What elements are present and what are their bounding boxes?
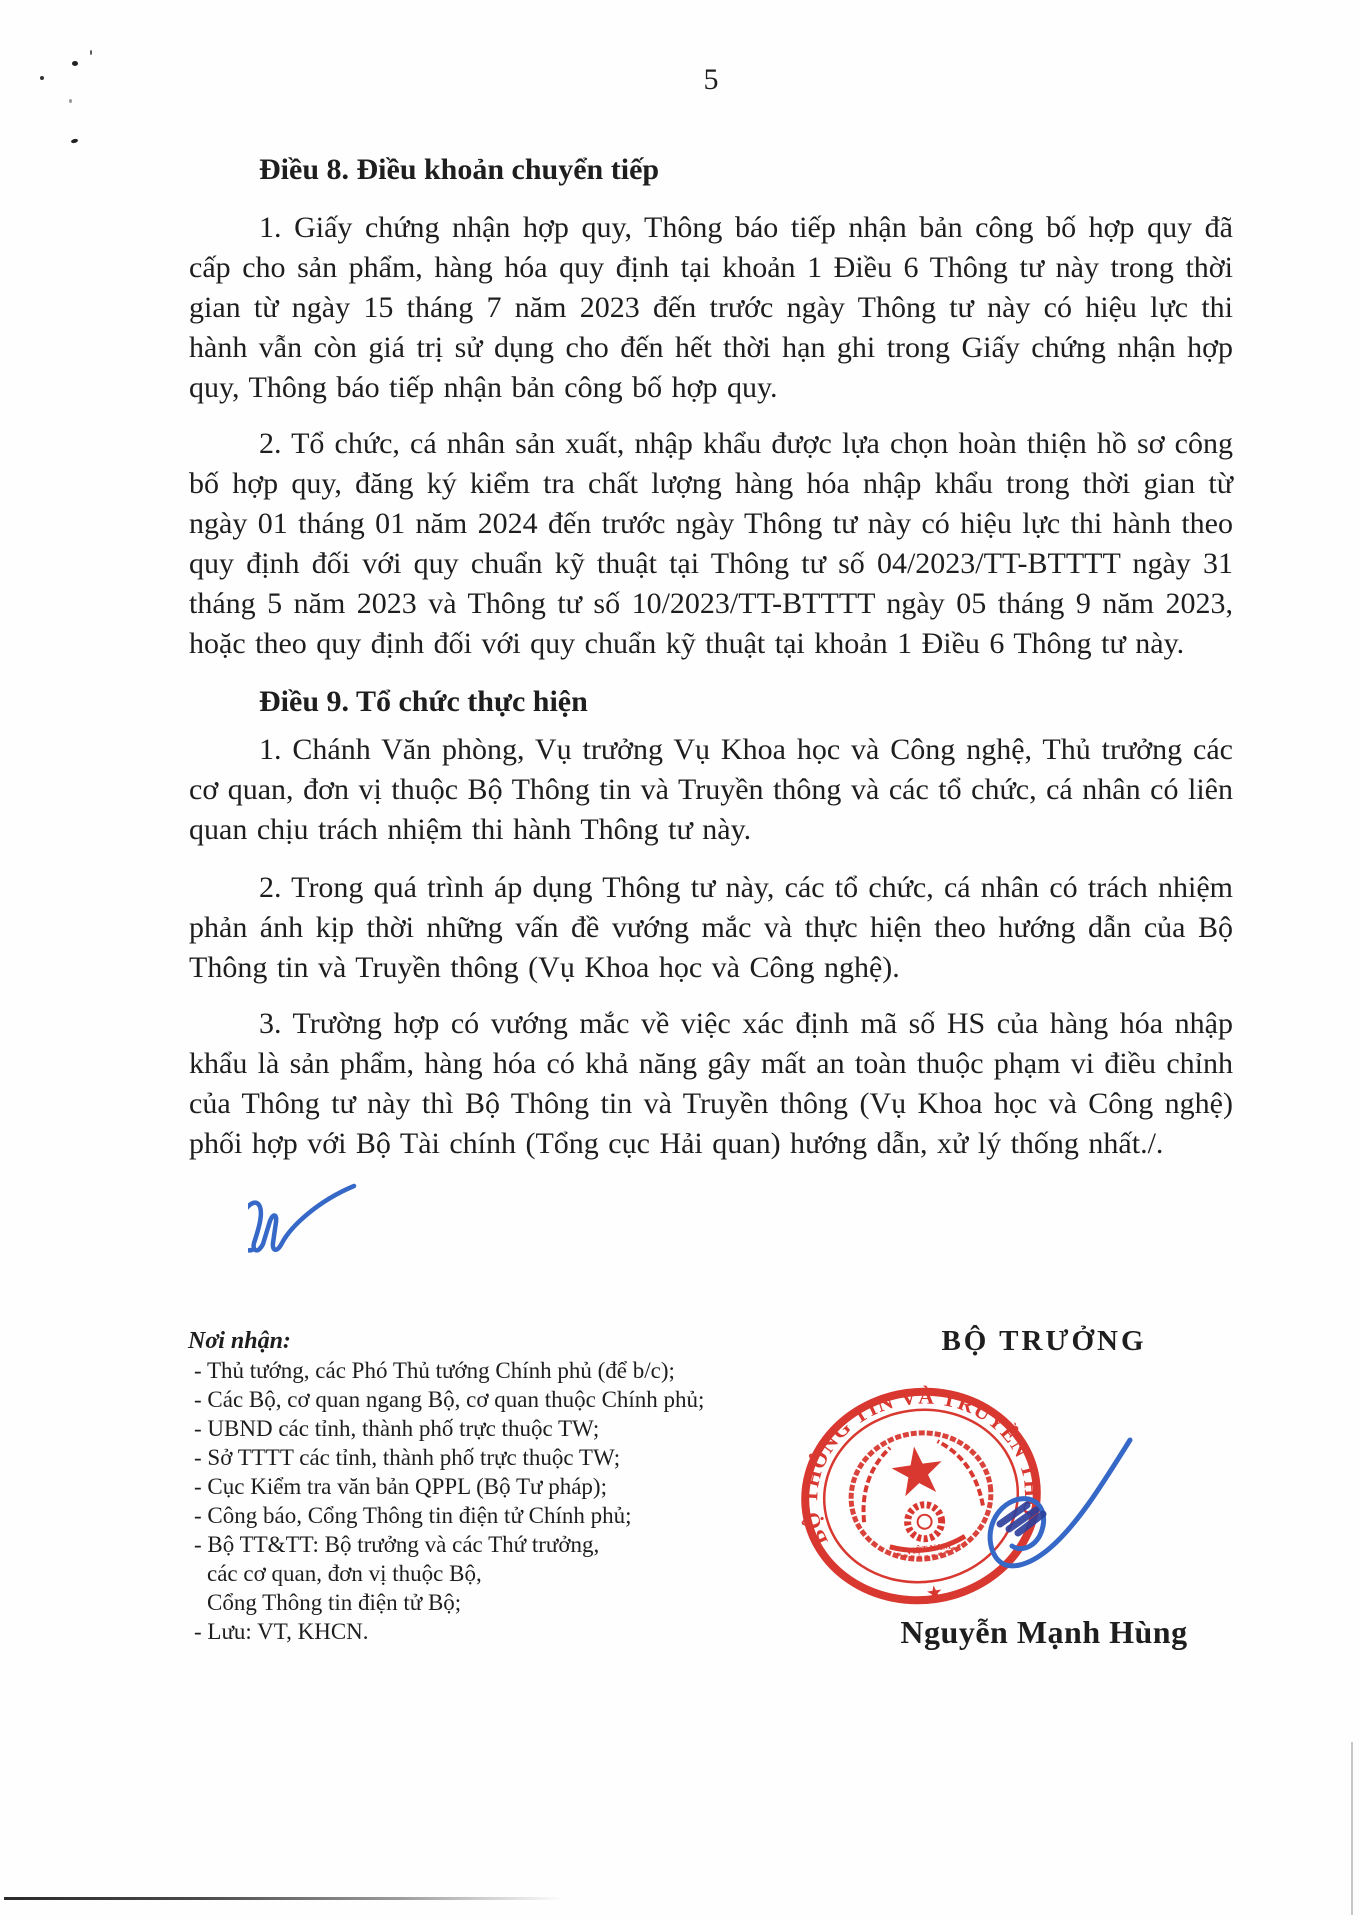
recipient-item: - UBND các tỉnh, thành phố trực thuộc TW…	[194, 1414, 828, 1443]
article-8-paragraph-1: 1. Giấy chứng nhận hợp quy, Thông báo ti…	[189, 208, 1233, 408]
seal-star	[889, 1443, 946, 1498]
article-9-paragraph-1: 1. Chánh Văn phòng, Vụ trưởng Vụ Khoa họ…	[189, 730, 1233, 850]
article-8-paragraph-2: 2. Tổ chức, cá nhân sản xuất, nhập khẩu …	[189, 424, 1233, 664]
recipient-item: - Các Bộ, cơ quan ngang Bộ, cơ quan thuộ…	[194, 1385, 828, 1414]
scan-artifact-line	[4, 1897, 564, 1900]
scan-speck	[72, 61, 78, 66]
text-column: 5 Điều 8. Điều khoản chuyển tiếp 1. Giấy…	[189, 60, 1233, 1164]
article-9-paragraph-3: 3. Trường hợp có vướng mắc về việc xác đ…	[189, 1004, 1233, 1164]
recipient-item: - Cục Kiểm tra văn bản QPPL (Bộ Tư pháp)…	[194, 1472, 828, 1501]
minister-signature	[955, 1415, 1175, 1605]
recipient-item-continuation: các cơ quan, đơn vị thuộc Bộ,	[207, 1559, 828, 1588]
article-9-heading: Điều 9. Tổ chức thực hiện	[259, 682, 1233, 722]
recipient-item-continuation: Cổng Thông tin điện tử Bộ;	[207, 1588, 828, 1617]
article-8-heading: Điều 8. Điều khoản chuyển tiếp	[259, 150, 1233, 190]
recipient-item: - Công báo, Cổng Thông tin điện tử Chính…	[194, 1501, 828, 1530]
scan-speck	[40, 76, 44, 80]
recipient-item: - Bộ TT&TT: Bộ trưởng và các Thứ trưởng,	[194, 1530, 828, 1559]
handwritten-initial-mark	[248, 1176, 368, 1261]
scan-speck	[90, 50, 92, 55]
signer-title: BỘ TRƯỞNG	[844, 1324, 1244, 1358]
document-page: 5 Điều 8. Điều khoản chuyển tiếp 1. Giấy…	[0, 0, 1359, 1920]
seal-bottom-star: ★	[925, 1582, 945, 1605]
scan-artifact-line	[1351, 1742, 1353, 1915]
scan-speck	[71, 138, 79, 144]
recipients-block: Nơi nhận: - Thủ tướng, các Phó Thủ tướng…	[188, 1326, 828, 1646]
article-9-paragraph-2: 2. Trong quá trình áp dụng Thông tư này,…	[189, 868, 1233, 988]
recipient-item: - Thủ tướng, các Phó Thủ tướng Chính phủ…	[194, 1356, 828, 1385]
signer-name: Nguyễn Mạnh Hùng	[844, 1612, 1244, 1652]
recipients-label: Nơi nhận:	[188, 1326, 828, 1356]
page-number: 5	[189, 60, 1233, 100]
recipient-item: - Sở TTTT các tỉnh, thành phố trực thuộc…	[194, 1443, 828, 1472]
scan-speck	[69, 99, 72, 103]
recipient-item: - Lưu: VT, KHCN.	[194, 1617, 828, 1646]
